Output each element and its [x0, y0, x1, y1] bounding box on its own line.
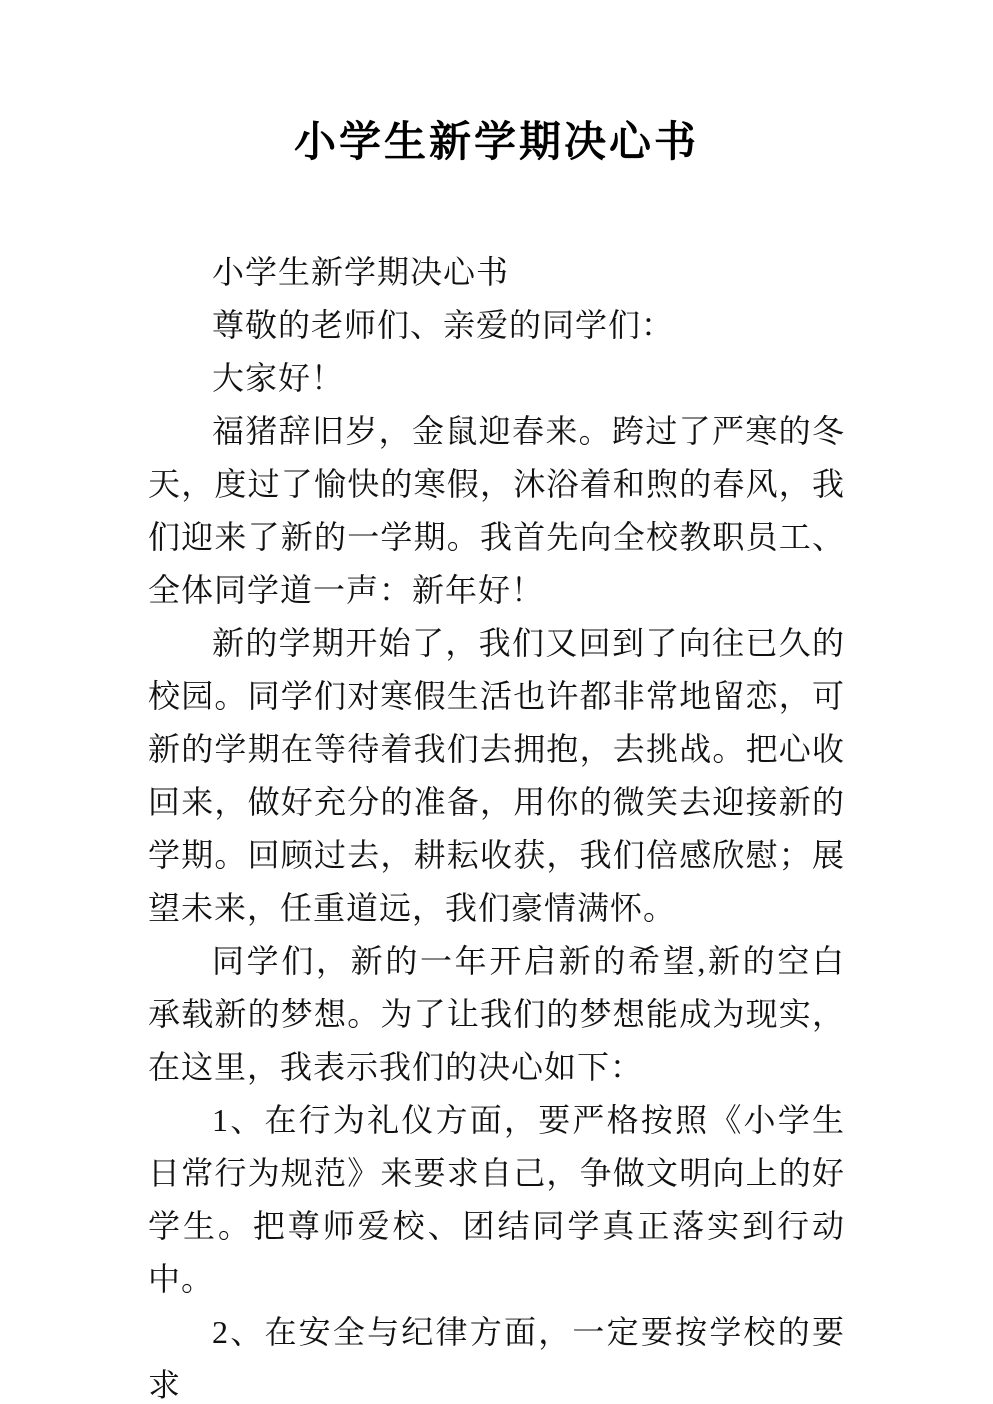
document-title: 小学生新学期决心书	[148, 0, 845, 168]
paragraph: 新的学期开始了，我们又回到了向往已久的校园。同学们对寒假生活也许都非常地留恋，可…	[148, 617, 845, 935]
paragraph: 大家好！	[148, 352, 845, 405]
document-body: 小学生新学期决心书尊敬的老师们、亲爱的同学们：大家好！福猪辞旧岁，金鼠迎春来。跨…	[148, 246, 845, 1404]
paragraph: 1、在行为礼仪方面，要严格按照《小学生日常行为规范》来要求自己，争做文明向上的好…	[148, 1094, 845, 1306]
paragraph: 福猪辞旧岁，金鼠迎春来。跨过了严寒的冬天，度过了愉快的寒假，沐浴着和煦的春风，我…	[148, 405, 845, 617]
paragraph: 尊敬的老师们、亲爱的同学们：	[148, 299, 845, 352]
paragraph: 2、在安全与纪律方面，一定要按学校的要求	[148, 1306, 845, 1404]
paragraph: 同学们，新的一年开启新的希望,新的空白承载新的梦想。为了让我们的梦想能成为现实，…	[148, 935, 845, 1094]
paragraph: 小学生新学期决心书	[148, 246, 845, 299]
document-page: 小学生新学期决心书 小学生新学期决心书尊敬的老师们、亲爱的同学们：大家好！福猪辞…	[0, 0, 993, 1404]
